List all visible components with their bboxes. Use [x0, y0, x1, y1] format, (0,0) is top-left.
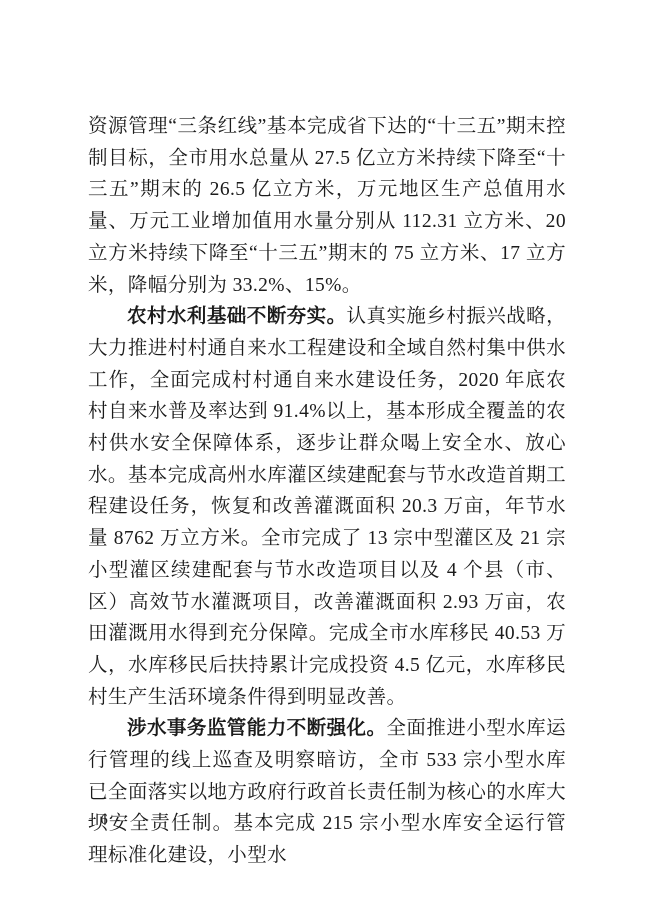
- paragraph-lead: 农村水利基础不断夯实。: [127, 306, 347, 327]
- paragraph-lead: 涉水事务监管能力不断强化。: [127, 718, 386, 739]
- paragraph-text: 资源管理“三条红线”基本完成省下达的“十三五”期末控制目标，全市用水总量从 27…: [88, 116, 566, 296]
- page-number: - 6 -: [88, 812, 122, 829]
- paragraph: 农村水利基础不断夯实。认真实施乡村振兴战略，大力推进村村通自来水工程建设和全域自…: [88, 301, 566, 713]
- document-page: 资源管理“三条红线”基本完成省下达的“十三五”期末控制目标，全市用水总量从 27…: [0, 0, 650, 919]
- paragraph: 资源管理“三条红线”基本完成省下达的“十三五”期末控制目标，全市用水总量从 27…: [88, 111, 566, 301]
- paragraph-text: 全面推进小型水库运行管理的线上巡查及明察暗访，全市 533 宗小型水库已全面落实…: [88, 718, 566, 866]
- paragraph-text: 认真实施乡村振兴战略，大力推进村村通自来水工程建设和全域自然村集中供水工作，全面…: [88, 306, 566, 707]
- paragraph: 涉水事务监管能力不断强化。全面推进小型水库运行管理的线上巡查及明察暗访，全市 5…: [88, 713, 566, 872]
- document-body: 资源管理“三条红线”基本完成省下达的“十三五”期末控制目标，全市用水总量从 27…: [88, 111, 566, 872]
